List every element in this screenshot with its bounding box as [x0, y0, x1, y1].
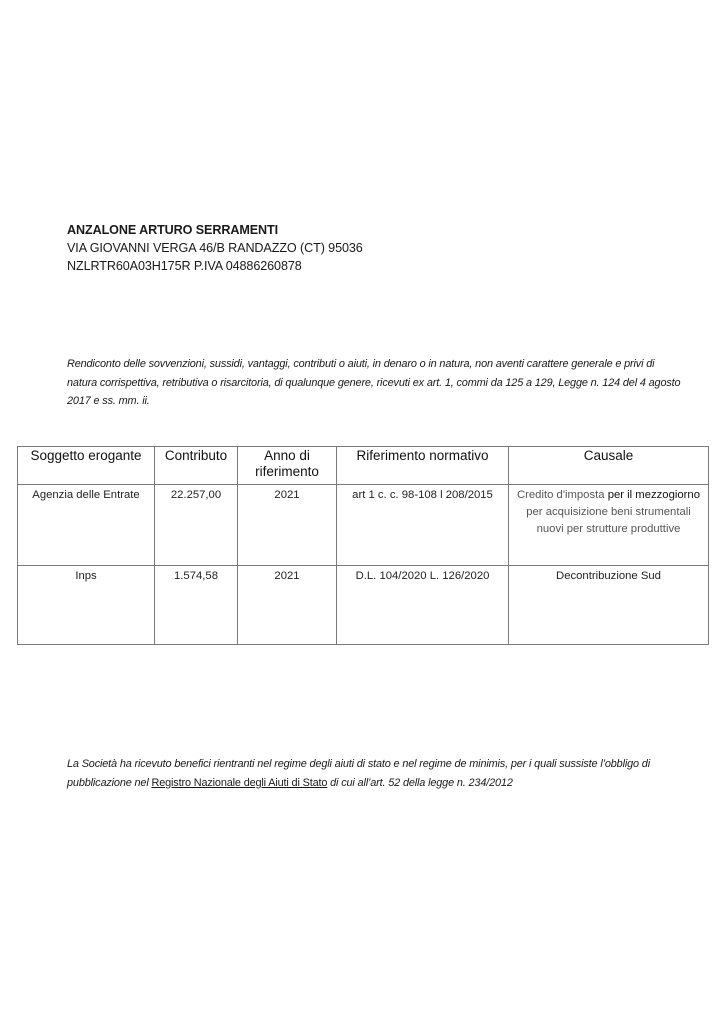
company-name: ANZALONE ARTURO SERRAMENTI [67, 221, 363, 239]
table-row: Inps 1.574,58 2021 D.L. 104/2020 L. 126/… [18, 566, 709, 645]
cell-causale: Decontribuzione Sud [509, 566, 709, 645]
registry-link[interactable]: Registro Nazionale degli Aiuti di Stato [152, 777, 328, 789]
cell-contributo: 22.257,00 [155, 485, 238, 566]
causale-part-emphasis: per il mezzogiorno [608, 489, 700, 501]
cell-riferimento: D.L. 104/2020 L. 126/2020 [337, 566, 509, 645]
company-fiscal-ids: NZLRTR60A03H175R P.IVA 04886260878 [67, 257, 363, 275]
header-anno: Anno di riferimento [238, 447, 337, 485]
header-causale: Causale [509, 447, 709, 485]
company-address: VIA GIOVANNI VERGA 46/B RANDAZZO (CT) 95… [67, 239, 363, 257]
table-row: Agenzia delle Entrate 22.257,00 2021 art… [18, 485, 709, 566]
aid-table: Soggetto erogante Contributo Anno di rif… [17, 446, 709, 645]
header-contributo: Contributo [155, 447, 238, 485]
cell-contributo: 1.574,58 [155, 566, 238, 645]
footnote-paragraph: La Società ha ricevuto benefici rientran… [67, 755, 697, 792]
document-page: ANZALONE ARTURO SERRAMENTI VIA GIOVANNI … [0, 0, 724, 1024]
footnote-text-end: di cui all’art. 52 della legge n. 234/20… [327, 777, 512, 789]
company-header: ANZALONE ARTURO SERRAMENTI VIA GIOVANNI … [67, 221, 363, 275]
header-soggetto: Soggetto erogante [18, 447, 155, 485]
causale-part: per acquisizione beni strumentali nuovi … [526, 506, 691, 535]
table-header-row: Soggetto erogante Contributo Anno di rif… [18, 447, 709, 485]
cell-anno: 2021 [238, 566, 337, 645]
causale-part: Credito d'imposta [517, 489, 608, 501]
cell-causale: Credito d'imposta per il mezzogiorno per… [509, 485, 709, 566]
cell-soggetto: Inps [18, 566, 155, 645]
cell-anno: 2021 [238, 485, 337, 566]
cell-soggetto: Agenzia delle Entrate [18, 485, 155, 566]
header-riferimento: Riferimento normativo [337, 447, 509, 485]
intro-paragraph: Rendiconto delle sovvenzioni, sussidi, v… [67, 355, 687, 411]
cell-riferimento: art 1 c. c. 98-108 l 208/2015 [337, 485, 509, 566]
